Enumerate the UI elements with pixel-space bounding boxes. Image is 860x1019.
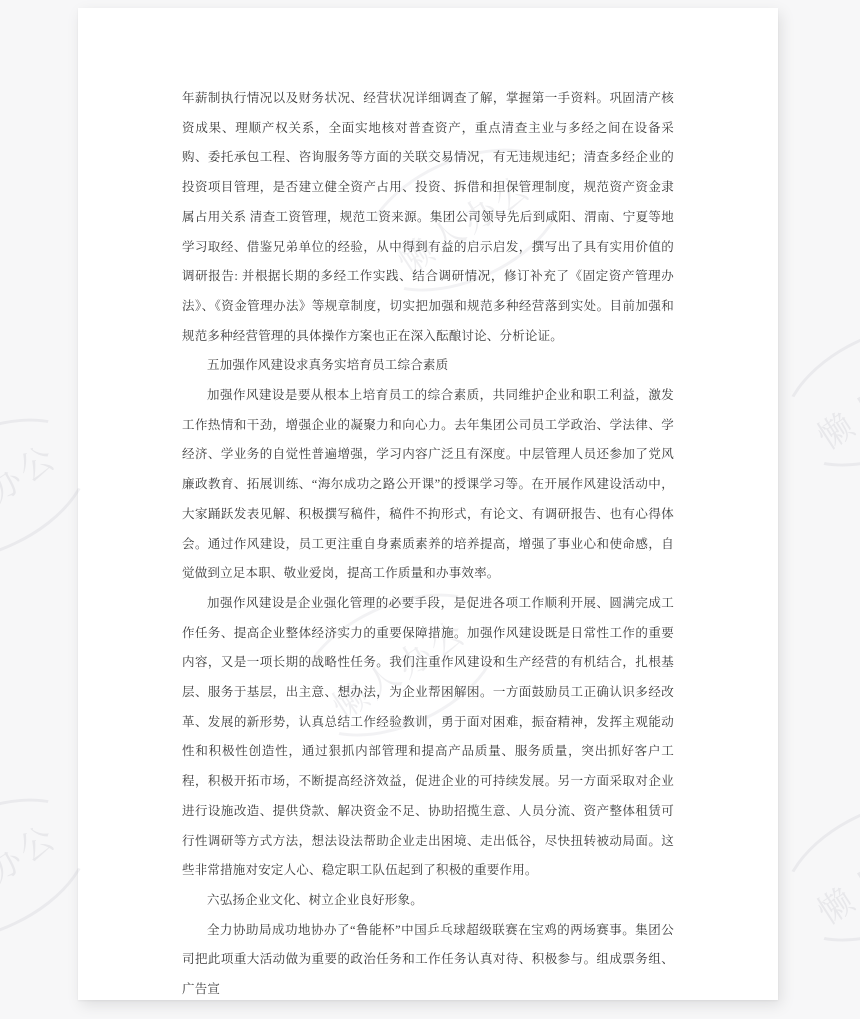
paragraph: 五加强作风建设求真务实培育员工综合素质 bbox=[182, 351, 674, 381]
paragraph: 年薪制执行情况以及财务状况、经营状况详细调查了解，掌握第一手资料。巩固清产核资成… bbox=[182, 84, 674, 351]
watermark-text: 懒人办公 bbox=[807, 810, 860, 934]
paragraph: 全力协助局成功地协办了“鲁能杯”中国乒乓球超级联赛在宝鸡的两场赛事。集团公司把此… bbox=[182, 916, 674, 1005]
brand-watermark: 懒人办公 bbox=[772, 303, 860, 487]
document-viewport: 年薪制执行情况以及财务状况、经营状况详细调查了解，掌握第一手资料。巩固清产核资成… bbox=[0, 0, 860, 1019]
brand-watermark: 懒人办公 bbox=[772, 778, 860, 962]
paragraph: 六弘扬企业文化、树立企业良好形象。 bbox=[182, 886, 674, 916]
paragraph: 加强作风建设是企业强化管理的必要手段，是促进各项工作顺利开展、圆满完成工作任务、… bbox=[182, 589, 674, 886]
paragraph: 加强作风建设是要从根本上培育员工的综合素质，共同维护企业和职工利益，激发工作热情… bbox=[182, 381, 674, 589]
document-page: 年薪制执行情况以及财务状况、经营状况详细调查了解，掌握第一手资料。巩固清产核资成… bbox=[78, 8, 778, 1000]
document-body: 年薪制执行情况以及财务状况、经营状况详细调查了解，掌握第一手资料。巩固清产核资成… bbox=[182, 84, 674, 1005]
watermark-text: 懒人办公 bbox=[0, 430, 66, 554]
watermark-text: 懒人办公 bbox=[807, 335, 860, 459]
watermark-text: 懒人办公 bbox=[0, 810, 66, 934]
